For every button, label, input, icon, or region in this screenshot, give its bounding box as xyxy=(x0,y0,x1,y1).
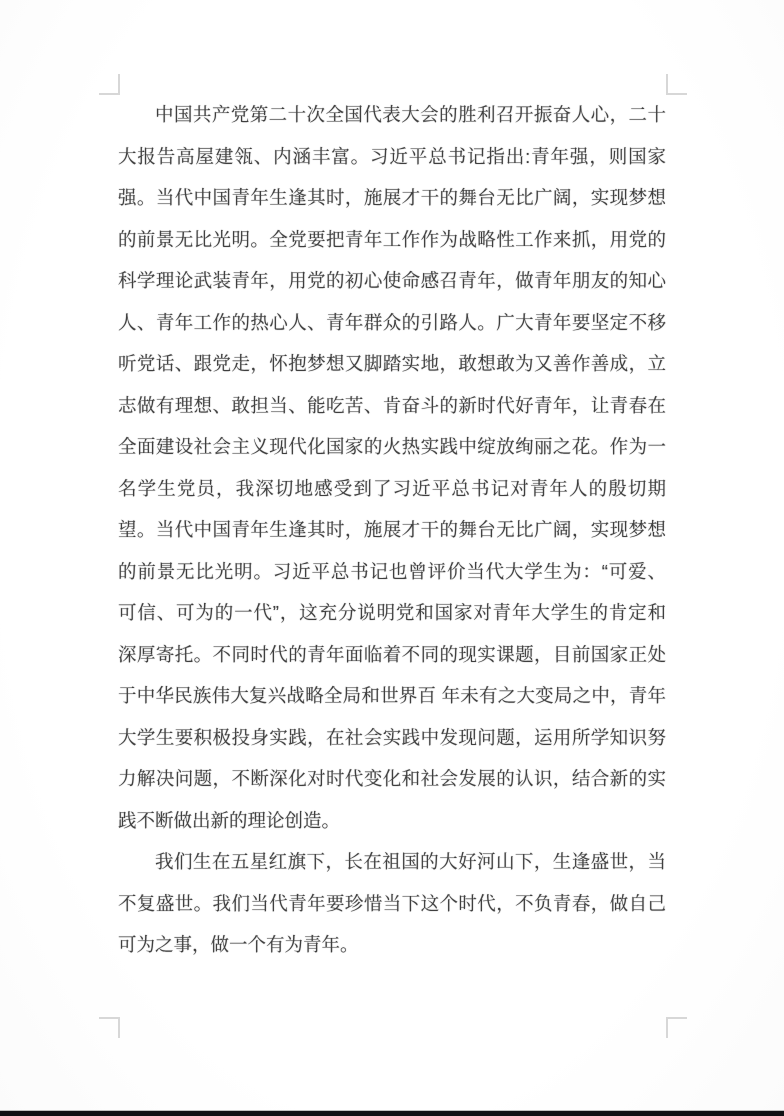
margin-mark-top-right-icon xyxy=(666,74,687,95)
text-line: 我们生在五星红旗下，长在祖国的大好河山下，生逢盛世，当 xyxy=(118,841,666,883)
margin-mark-top-left-icon xyxy=(99,74,120,95)
document-text: 中国共产党第二十次全国代表大会的胜利召开振奋人心，二十大报告高屋建瓴、内涵丰富。… xyxy=(118,94,666,966)
document-page: 中国共产党第二十次全国代表大会的胜利召开振奋人心，二十大报告高屋建瓴、内涵丰富。… xyxy=(0,0,784,1116)
text-line: 的前景无比光明。全党要把青年工作作为战略性工作来抓，用党的 xyxy=(118,219,666,261)
text-line: 中国共产党第二十次全国代表大会的胜利召开振奋人心，二十 xyxy=(118,94,666,136)
bottom-edge-bar xyxy=(0,1111,784,1116)
text-line: 践不断做出新的理论创造。 xyxy=(118,800,666,842)
text-line: 于中华民族伟大复兴战略全局和世界百 年未有之大变局之中，青年 xyxy=(118,675,666,717)
text-line: 强。当代中国青年生逢其时，施展才干的舞台无比广阔，实现梦想 xyxy=(118,177,666,219)
text-line: 深厚寄托。不同时代的青年面临着不同的现实课题，目前国家正处 xyxy=(118,634,666,676)
text-line: 全面建设社会主义现代化国家的火热实践中绽放绚丽之花。作为一 xyxy=(118,426,666,468)
text-line: 大报告高屋建瓴、内涵丰富。习近平总书记指出:青年强，则国家 xyxy=(118,136,666,178)
text-line: 听党话、跟党走，怀抱梦想又脚踏实地，敢想敢为又善作善成，立 xyxy=(118,343,666,385)
text-line: 可信、可为的一代”，这充分说明党和国家对青年大学生的肯定和 xyxy=(118,592,666,634)
text-line: 望。当代中国青年生逢其时，施展才干的舞台无比广阔，实现梦想 xyxy=(118,509,666,551)
text-line: 大学生要积极投身实践，在社会实践中发现问题，运用所学知识努 xyxy=(118,717,666,759)
document-photo: { "page": { "background": "#ffffff", "te… xyxy=(0,0,784,1116)
text-line: 志做有理想、敢担当、能吃苦、肯奋斗的新时代好青年，让青春在 xyxy=(118,385,666,427)
text-line: 人、青年工作的热心人、青年群众的引路人。广大青年要坚定不移 xyxy=(118,302,666,344)
margin-mark-bottom-left-icon xyxy=(99,1017,120,1038)
text-line: 科学理论武装青年，用党的初心使命感召青年，做青年朋友的知心 xyxy=(118,260,666,302)
text-line: 的前景无比光明。习近平总书记也曾评价当代大学生为：“可爱、 xyxy=(118,551,666,593)
text-line: 可为之事，做一个有为青年。 xyxy=(118,924,666,966)
margin-mark-bottom-right-icon xyxy=(666,1017,687,1038)
text-line: 不复盛世。我们当代青年要珍惜当下这个时代，不负青春，做自己 xyxy=(118,883,666,925)
text-line: 名学生党员，我深切地感受到了习近平总书记对青年人的殷切期 xyxy=(118,468,666,510)
text-line: 力解决问题，不断深化对时代变化和社会发展的认识，结合新的实 xyxy=(118,758,666,800)
